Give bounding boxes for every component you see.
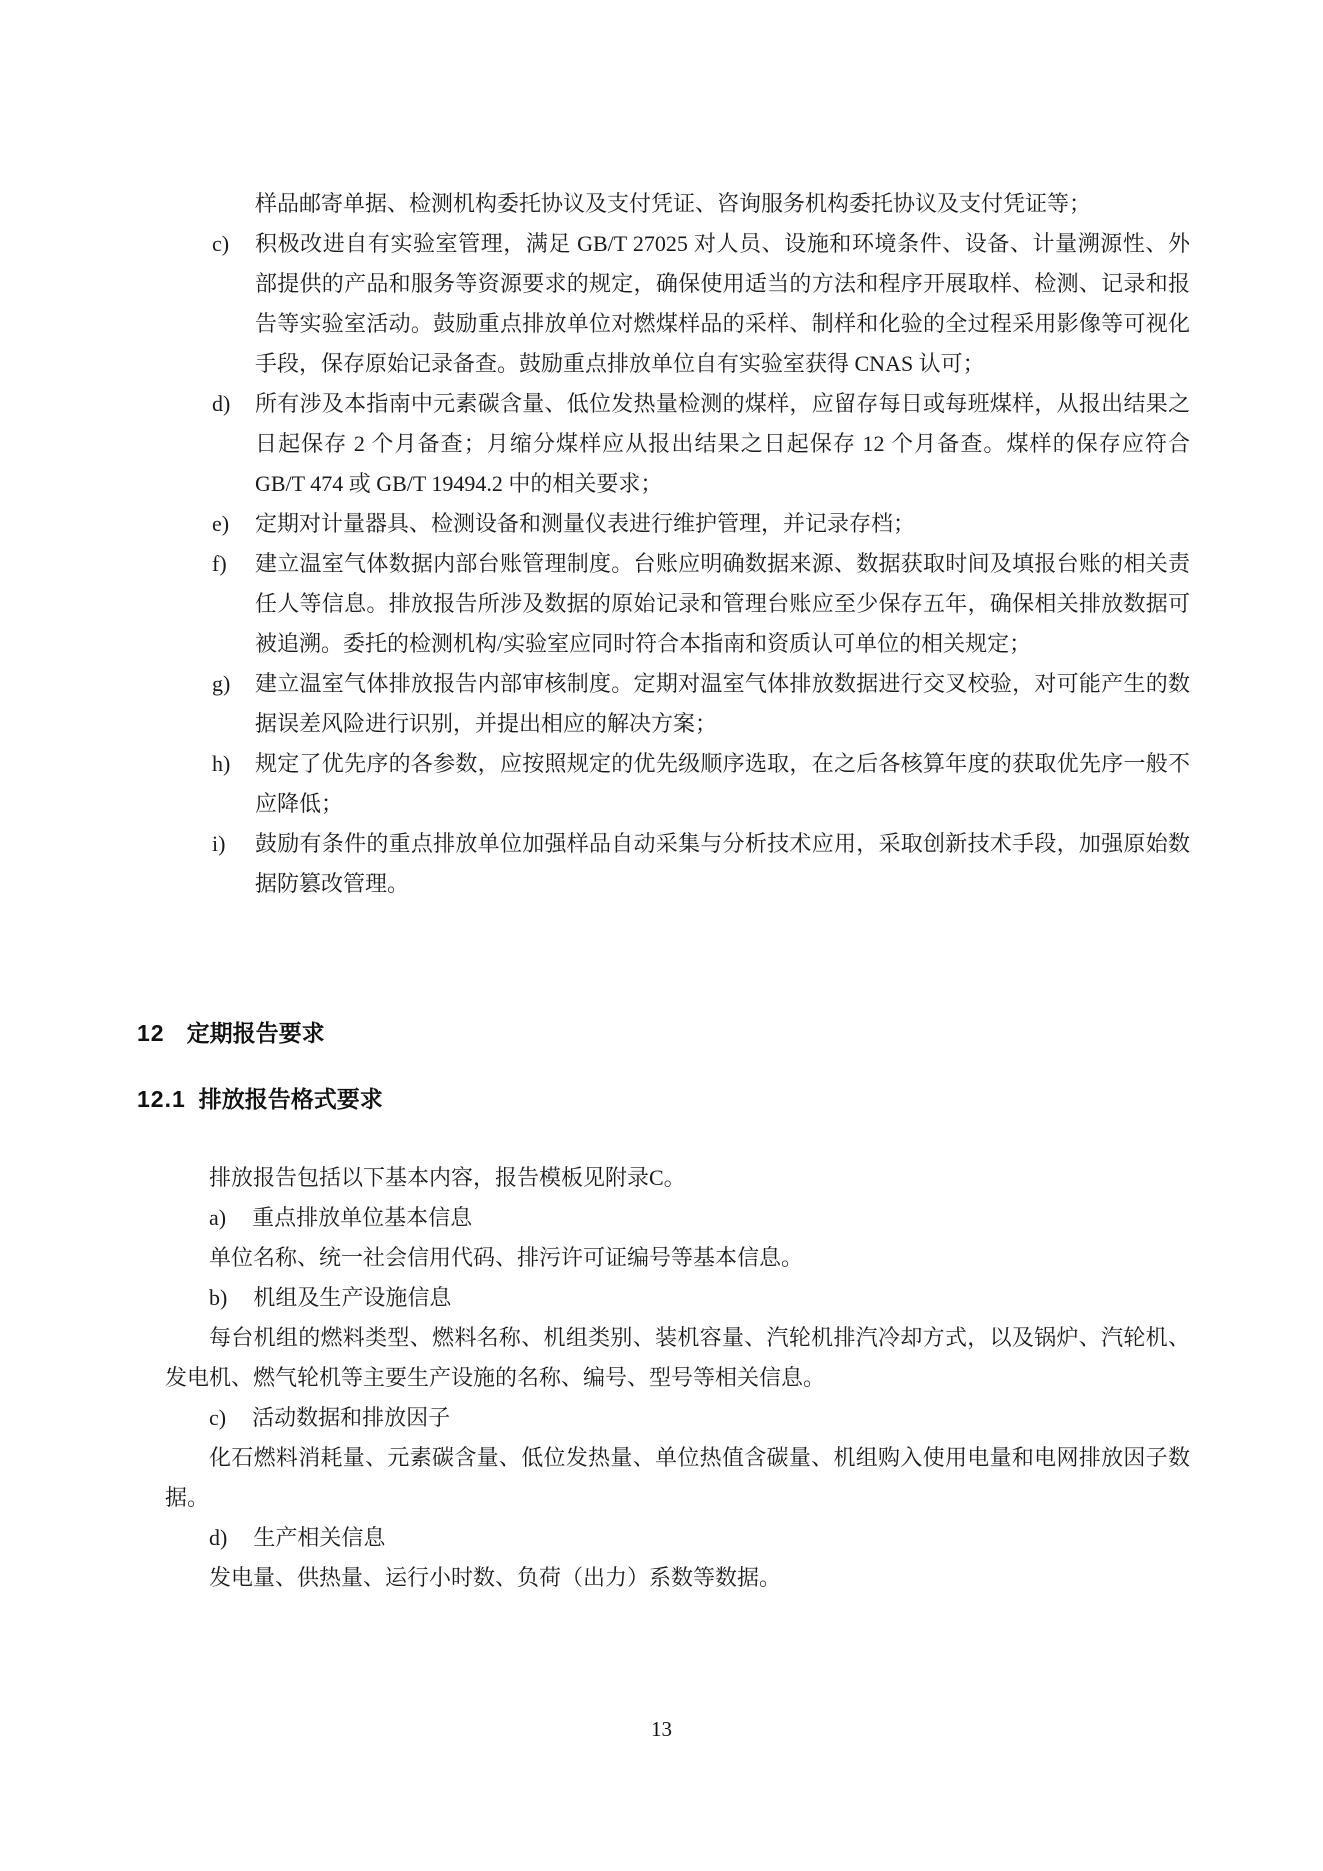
list-item-text: 鼓励有条件的重点排放单位加强样品自动采集与分析技术应用，采取创新技术手段，加强原… (255, 831, 1190, 896)
paragraph: 发电量、供热量、运行小时数、负荷（出力）系数等数据。 (165, 1558, 1190, 1598)
list-item-text: 建立温室气体数据内部台账管理制度。台账应明确数据来源、数据获取时间及填报台账的相… (255, 551, 1190, 656)
subsection-number: 12.1 (137, 1086, 186, 1112)
paragraph: 每台机组的燃料类型、燃料名称、机组类别、装机容量、汽轮机排汽冷却方式，以及锅炉、… (165, 1318, 1190, 1398)
paragraph: 排放报告包括以下基本内容，报告模板见附录C。 (165, 1158, 1190, 1198)
paragraph: a)重点排放单位基本信息 (165, 1198, 1190, 1238)
list-item-label: a) (209, 1205, 226, 1230)
section-number: 12 (137, 1020, 165, 1046)
list-item: f) 建立温室气体数据内部台账管理制度。台账应明确数据来源、数据获取时间及填报台… (255, 544, 1190, 664)
list-item-label: d) (209, 1525, 227, 1550)
section-title: 定期报告要求 (187, 1020, 325, 1046)
paragraph-text: 单位名称、统一社会信用代码、排污许可证编号等基本信息。 (209, 1245, 803, 1270)
list-item: g) 建立温室气体排放报告内部审核制度。定期对温室气体排放数据进行交叉校验，对可… (255, 664, 1190, 744)
paragraph: d)生产相关信息 (165, 1518, 1190, 1558)
list-item-label: h) (212, 744, 230, 784)
list-item: d) 所有涉及本指南中元素碳含量、低位发热量检测的煤样，应留存每日或每班煤样，从… (255, 384, 1190, 504)
paragraph: c)活动数据和排放因子 (165, 1398, 1190, 1438)
list-item-label: f) (212, 544, 227, 584)
list-item-text: 规定了优先序的各参数，应按照规定的优先级顺序选取，在之后各核算年度的获取优先序一… (255, 751, 1190, 816)
paragraph-text: 化石燃料消耗量、元素碳含量、低位发热量、单位热值含碳量、机组购入使用电量和电网排… (165, 1445, 1190, 1510)
list-item-text: 所有涉及本指南中元素碳含量、低位发热量检测的煤样，应留存每日或每班煤样，从报出结… (255, 391, 1190, 496)
list-item: h) 规定了优先序的各参数，应按照规定的优先级顺序选取，在之后各核算年度的获取优… (255, 744, 1190, 824)
paragraph-text: 机组及生产设施信息 (253, 1285, 451, 1310)
list-item-label: i) (212, 824, 225, 864)
list-item: 样品邮寄单据、检测机构委托协议及支付凭证、咨询服务机构委托协议及支付凭证等； (255, 184, 1190, 224)
paragraph: 单位名称、统一社会信用代码、排污许可证编号等基本信息。 (165, 1238, 1190, 1278)
subsection-heading: 12.1排放报告格式要求 (137, 1088, 383, 1111)
list-item-label: c) (212, 224, 229, 264)
list-item: c) 积极改进自有实验室管理，满足 GB/T 27025 对人员、设施和环境条件… (255, 224, 1190, 384)
list-item-label: b) (209, 1285, 227, 1310)
list-item-label: d) (212, 384, 230, 424)
subsection-title: 排放报告格式要求 (199, 1086, 383, 1112)
section-heading: 12定期报告要求 (137, 1022, 325, 1045)
requirements-list: 样品邮寄单据、检测机构委托协议及支付凭证、咨询服务机构委托协议及支付凭证等； c… (255, 184, 1190, 904)
paragraph-text: 每台机组的燃料类型、燃料名称、机组类别、装机容量、汽轮机排汽冷却方式，以及锅炉、… (165, 1325, 1190, 1390)
list-item-text: 积极改进自有实验室管理，满足 GB/T 27025 对人员、设施和环境条件、设备… (255, 231, 1190, 376)
list-item: i) 鼓励有条件的重点排放单位加强样品自动采集与分析技术应用，采取创新技术手段，… (255, 824, 1190, 904)
list-item-text: 定期对计量器具、检测设备和测量仪表进行维护管理，并记录存档； (255, 511, 915, 536)
paragraph-text: 重点排放单位基本信息 (252, 1205, 472, 1230)
list-item-label: c) (209, 1405, 226, 1430)
document-page: { "top_list": { "items": [ {"label": "",… (0, 0, 1323, 1871)
paragraph-text: 发电量、供热量、运行小时数、负荷（出力）系数等数据。 (209, 1565, 781, 1590)
report-content-section: 排放报告包括以下基本内容，报告模板见附录C。 a)重点排放单位基本信息 单位名称… (165, 1158, 1190, 1598)
list-item: e) 定期对计量器具、检测设备和测量仪表进行维护管理，并记录存档； (255, 504, 1190, 544)
list-item-text: 样品邮寄单据、检测机构委托协议及支付凭证、咨询服务机构委托协议及支付凭证等； (255, 191, 1091, 216)
paragraph-text: 生产相关信息 (253, 1525, 385, 1550)
paragraph: b)机组及生产设施信息 (165, 1278, 1190, 1318)
list-item-label: g) (212, 664, 230, 704)
paragraph-text: 排放报告包括以下基本内容，报告模板见附录C。 (209, 1165, 686, 1190)
list-item-text: 建立温室气体排放报告内部审核制度。定期对温室气体排放数据进行交叉校验，对可能产生… (255, 671, 1190, 736)
page-number: 13 (0, 1714, 1323, 1744)
paragraph: 化石燃料消耗量、元素碳含量、低位发热量、单位热值含碳量、机组购入使用电量和电网排… (165, 1438, 1190, 1518)
paragraph-text: 活动数据和排放因子 (252, 1405, 450, 1430)
list-item-label: e) (212, 504, 229, 544)
